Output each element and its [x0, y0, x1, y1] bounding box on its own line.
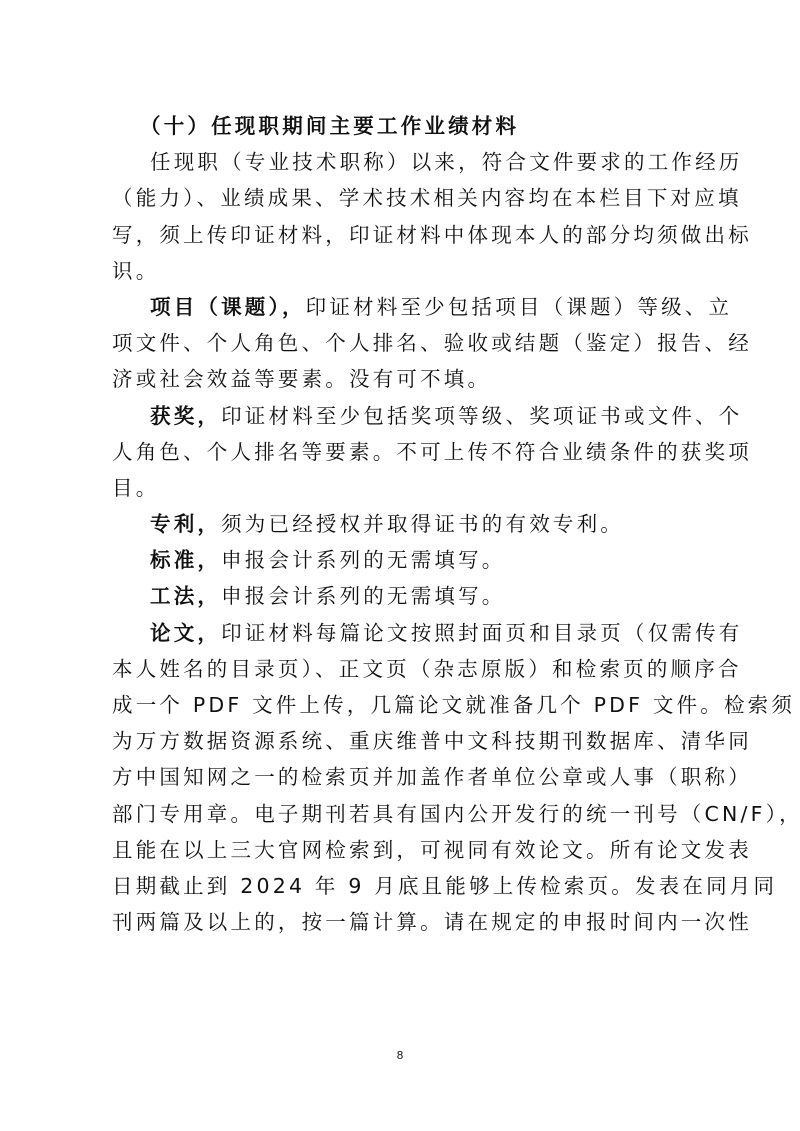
paragraph-papers-line: 刊两篇及以上的，按一篇计算。请在规定的申报时间内一次性 [112, 904, 692, 940]
paragraph-papers-line: 论文，印证材料每篇论文按照封面页和目录页（仅需传有 [112, 615, 692, 651]
paragraph-text: 印证材料至少包括项目（课题）等级、立 [306, 295, 733, 319]
label-awards: 获奖， [150, 404, 221, 428]
paragraph-awards-line: 获奖，印证材料至少包括奖项等级、奖项证书或文件、个 [112, 398, 692, 434]
label-standards: 标准， [150, 548, 221, 572]
paragraph-intro-line: 任现职（专业技术职称）以来，符合文件要求的工作经历 [112, 144, 692, 180]
paragraph-methods-line: 工法，申报会计系列的无需填写。 [112, 578, 692, 614]
paragraph-text: 印证材料至少包括奖项等级、奖项证书或文件、个 [221, 404, 742, 428]
paragraph-standards-line: 标准，申报会计系列的无需填写。 [112, 542, 692, 578]
paragraph-papers-line: 方中国知网之一的检索页并加盖作者单位公章或人事（职称） [112, 759, 692, 795]
paragraph-projects-line: 项目（课题），印证材料至少包括项目（课题）等级、立 [112, 289, 692, 325]
paragraph-papers-line: 本人姓名的目录页）、正文页（杂志原版）和检索页的顺序合 [112, 651, 692, 687]
paragraph-text: 申报会计系列的无需填写。 [221, 584, 505, 608]
paragraph-papers-line: 部门专用章。电子期刊若具有国内公开发行的统一刊号（CN/F）， [112, 796, 692, 832]
paragraph-text: 申报会计系列的无需填写。 [221, 548, 505, 572]
label-patents: 专利， [150, 512, 221, 536]
label-methods: 工法， [150, 584, 221, 608]
paragraph-intro-line: （能力）、业绩成果、学术技术相关内容均在本栏目下对应填 [112, 180, 692, 216]
paragraph-projects-line: 济或社会效益等要素。没有可不填。 [112, 361, 692, 397]
paragraph-papers-line: 日期截止到 2024 年 9 月底且能够上传检索页。发表在同月同 [112, 868, 692, 904]
paragraph-papers-line: 成一个 PDF 文件上传，几篇论文就准备几个 PDF 文件。检索须 [112, 687, 692, 723]
paragraph-intro-line: 写，须上传印证材料，印证材料中体现本人的部分均须做出标 [112, 217, 692, 253]
paragraph-projects-line: 项文件、个人角色、个人排名、验收或结题（鉴定）报告、经 [112, 325, 692, 361]
label-projects: 项目（课题）， [150, 295, 306, 319]
paragraph-text: 印证材料每篇论文按照封面页和目录页（仅需传有 [221, 621, 742, 645]
paragraph-awards-line: 目。 [112, 470, 692, 506]
document-body: （十）任现职期间主要工作业绩材料 任现职（专业技术职称）以来，符合文件要求的工作… [112, 108, 692, 940]
document-page: （十）任现职期间主要工作业绩材料 任现职（专业技术职称）以来，符合文件要求的工作… [0, 0, 800, 1131]
page-number: 8 [0, 1049, 800, 1062]
label-papers: 论文， [150, 621, 221, 645]
section-heading: （十）任现职期间主要工作业绩材料 [112, 108, 692, 144]
paragraph-papers-line: 且能在以上三大官网检索到，可视同有效论文。所有论文发表 [112, 832, 692, 868]
paragraph-papers-line: 为万方数据资源系统、重庆维普中文科技期刊数据库、清华同 [112, 723, 692, 759]
paragraph-intro-line: 识。 [112, 253, 692, 289]
paragraph-text: 须为已经授权并取得证书的有效专利。 [221, 512, 624, 536]
paragraph-patents-line: 专利，须为已经授权并取得证书的有效专利。 [112, 506, 692, 542]
paragraph-awards-line: 人角色、个人排名等要素。不可上传不符合业绩条件的获奖项 [112, 434, 692, 470]
